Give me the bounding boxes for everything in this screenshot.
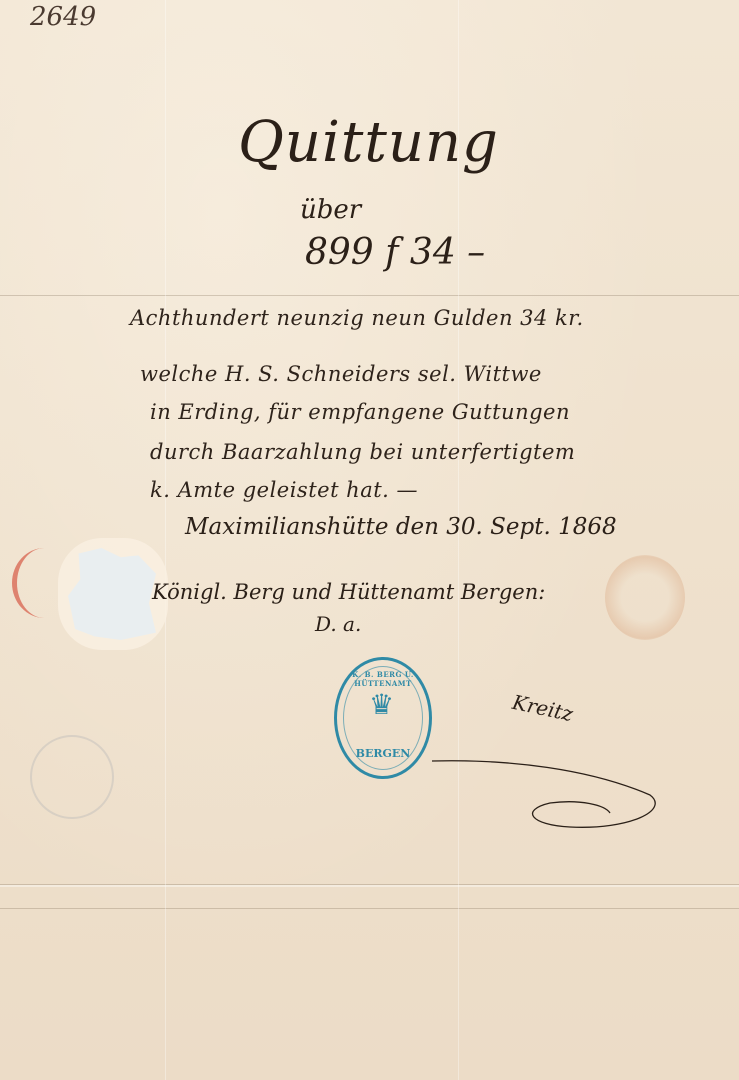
brown-stain xyxy=(605,555,685,640)
signature-flourish-icon xyxy=(430,755,670,835)
fold-line xyxy=(0,884,739,885)
official-stamp: K. B. BERG U. HÜTTENAMT ♛ BERGEN xyxy=(334,657,432,779)
title-subtitle: über xyxy=(300,195,361,225)
paper-tear-hole xyxy=(68,548,156,640)
stamp-bottom-text: BERGEN xyxy=(337,747,429,760)
amount: 899 f 34 – xyxy=(305,232,485,273)
body-line: welche H. S. Schneiders sel. Wittwe xyxy=(140,362,542,386)
signature: Kreitz xyxy=(510,690,575,726)
stamp-top-text: K. B. BERG U. HÜTTENAMT xyxy=(341,670,425,688)
fold-line xyxy=(0,295,739,296)
crown-icon: ♛ xyxy=(369,688,394,721)
issuer-abbreviation: D. a. xyxy=(315,612,361,636)
body-line: durch Baarzahlung bei unterfertigtem xyxy=(150,440,575,464)
fold-line xyxy=(165,0,166,1080)
issuer: Königl. Berg und Hüttenamt Bergen: xyxy=(152,580,545,604)
place-date: Maximilianshütte den 30. Sept. 1868 xyxy=(185,514,617,540)
catalog-number: 2649 xyxy=(30,2,96,32)
body-line: k. Amte geleistet hat. — xyxy=(150,478,418,502)
document-page: 2649 Quittung über 899 f 34 – Achthunder… xyxy=(0,0,739,1080)
document-title: Quittung xyxy=(238,110,499,175)
fold-line xyxy=(0,885,739,887)
body-line: in Erding, für empfangene Guttungen xyxy=(150,400,570,424)
body-line: Achthundert neunzig neun Gulden 34 kr. xyxy=(130,306,584,330)
faint-postmark xyxy=(30,735,114,819)
fold-line xyxy=(0,908,739,909)
